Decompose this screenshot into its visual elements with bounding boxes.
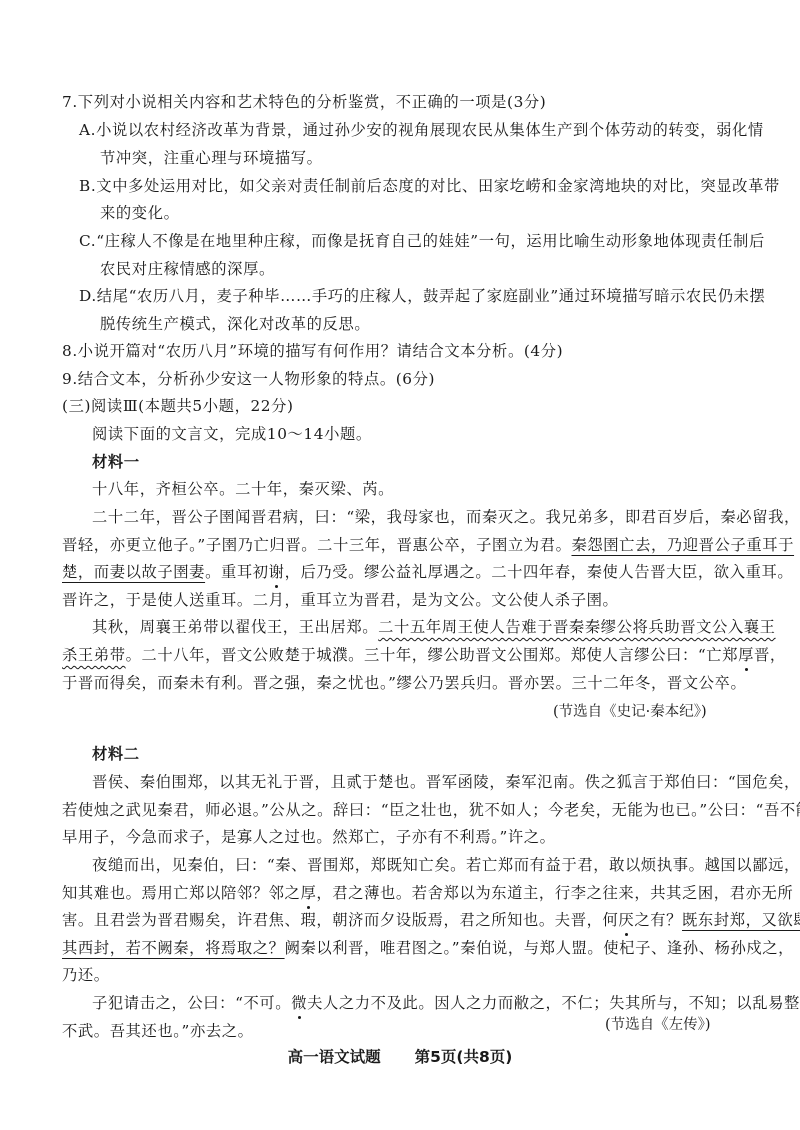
- material-2-para-1-line-2: 若使烛之武见秦君，师必退。”公从之。辞曰：“臣之壮也，犹不如人；今老矣，无能为也…: [62, 800, 800, 820]
- underlined-translation-sentence: 楚，而妻以故子圉妻: [62, 563, 205, 581]
- material-2-para-1-line-3: 早用子，今急而求子，是寡人之过也。然郑亡，子亦有不利焉。”许之。: [62, 827, 556, 847]
- plain-text: 晋，: [754, 646, 786, 664]
- material-1-source: (节选自《史记·秦本纪》): [553, 700, 707, 721]
- material-2-source: (节选自《左传》): [605, 1013, 711, 1034]
- plain-text: ，君之薄也。若舍郑以为东道主，行李之往来，共其乏困，君亦无所: [316, 884, 793, 902]
- section-3-heading: (三)阅读Ⅲ(本题共5小题，22分): [62, 396, 294, 416]
- q7-option-b: B.文中多处运用对比，如父亲对责任制前后态度的对比、田家圪崂和金家湾地块的对比，…: [79, 176, 780, 196]
- page-footer: 高一语文试题第5页(共8页): [0, 1045, 800, 1067]
- exam-page: 7.下列对小说相关内容和艺术特色的分析鉴赏，不正确的一项是(3分) A.小说以农…: [0, 0, 800, 1130]
- plain-text: ，后乃受。缪公益礼厚遇之。二十四年春，秦使人告晋大臣，欲入重耳。: [285, 563, 794, 581]
- plain-text: 知其难也。焉用亡郑以陪邻？邻之: [62, 884, 300, 902]
- plain-text: 阙秦以利晋，唯君图之。”秦伯说，与郑人盟。使杞子、逢孙、杨孙戍之，: [285, 939, 794, 957]
- plain-text: 晋轻，亦更立他子。”子圉乃亡归晋。二十三年，晋惠公卒，子圉立为君。: [62, 536, 571, 554]
- material-2-para-3-line-2: 不武。吾其还也。”亦去之。: [62, 1021, 254, 1041]
- material-1-para-3-line-1: 其秋，周襄王弟带以翟伐王，王出居郑。二十五年周王使人告难于晋秦秦缪公将兵助晋文公…: [92, 617, 776, 637]
- underlined-translation-sentence: 既东封郑，又欲肆: [682, 911, 800, 929]
- material-1-para-2-line-4: 晋许之，于是使人送重耳。二月，重耳立为晋君，是为文公。文公使人杀子圉。: [62, 590, 618, 610]
- q7-option-a: A.小说以农村经济改革为背景，通过孙少安的视角展现农民从集体生产到个体劳动的转变…: [79, 120, 764, 140]
- material-2-para-1-line-1: 晋侯、秦伯围郑，以其无礼于晋，且贰于楚也。晋军函陵，秦军氾南。佚之狐言于郑伯曰：…: [92, 772, 800, 792]
- footer-page-number: 第5页(共8页): [415, 1048, 513, 1066]
- wavy-underlined-sentence: 二十五年周王使人告难于晋秦秦缪公将兵助晋文公入襄王: [378, 618, 775, 636]
- dotted-character: 厌: [618, 910, 634, 930]
- material-1-title: 材料一: [92, 452, 140, 472]
- wavy-underlined-sentence: 杀王弟带: [62, 646, 126, 664]
- plain-text: 其秋，周襄王弟带以翟伐王，王出居郑。: [92, 618, 378, 636]
- question-7-stem: 7.下列对小说相关内容和艺术特色的分析鉴赏，不正确的一项是(3分): [62, 92, 546, 112]
- plain-text: 子犯请击之，公曰：“不可。: [92, 994, 291, 1012]
- material-2-para-3-line-1: 子犯请击之，公曰：“不可。微夫人之力不及此。因人之力而敝之，不仁；失其所与，不知…: [92, 993, 800, 1013]
- question-8: 8.小说开篇对“农历八月”环境的描写有何作用？请结合文本分析。(4分): [62, 341, 563, 361]
- footer-subject: 高一语文试题: [288, 1048, 381, 1066]
- material-1-para-3-line-2: 杀王弟带。二十八年，晋文公败楚于城濮。三十年，缪公助晋文公围郑。郑使人言缪公曰：…: [62, 645, 786, 665]
- material-2-para-2-line-1: 夜缒而出，见秦伯，曰：“秦、晋围郑，郑既知亡矣。若亡郑而有益于君，敢以烦执事。越…: [92, 855, 800, 875]
- material-2-para-2-line-3: 害。且君尝为晋君赐矣，许君焦、瑕，朝济而夕设版焉，君之所知也。夫晋，何厌之有？既…: [62, 910, 800, 930]
- q7-option-a-cont: 节冲突，注重心理与环境描写。: [100, 148, 323, 168]
- question-9: 9.结合文本，分析孙少安这一人物形象的特点。(6分): [62, 369, 435, 389]
- underlined-translation-sentence: 秦怨圉亡去，乃迎晋公子重耳于: [571, 536, 794, 554]
- plain-text: 。重耳初: [205, 563, 269, 581]
- section-3-instruction: 阅读下面的文言文，完成10～14小题。: [92, 424, 372, 444]
- material-1-para-2-line-3: 楚，而妻以故子圉妻。重耳初谢，后乃受。缪公益礼厚遇之。二十四年春，秦使人告晋大臣…: [62, 562, 793, 582]
- dotted-character: 微: [291, 993, 307, 1013]
- dotted-character: 谢: [269, 562, 285, 582]
- dotted-character: 厚: [300, 883, 316, 903]
- q7-option-d-cont: 脱传统生产模式，深化对改革的反思。: [100, 314, 370, 334]
- material-1-para-1: 十八年，齐桓公卒。二十年，秦灭梁、芮。: [92, 479, 394, 499]
- material-1-para-2-line-2: 晋轻，亦更立他子。”子圉乃亡归晋。二十三年，晋惠公卒，子圉立为君。秦怨圉亡去，乃…: [62, 535, 794, 555]
- plain-text: 之有？: [634, 911, 682, 929]
- material-2-para-2-line-2: 知其难也。焉用亡郑以陪邻？邻之厚，君之薄也。若舍郑以为东道主，行李之往来，共其乏…: [62, 883, 793, 903]
- material-2-para-2-line-5: 乃还。: [62, 965, 110, 985]
- plain-text: 夫人之力不及此。因人之力而敝之，不仁；失其所与，不知；以乱易整，: [307, 994, 800, 1012]
- q7-option-c: C.“庄稼人不像是在地里种庄稼，而像是抚育自己的娃娃”一句，运用比喻生动形象地体…: [79, 231, 765, 251]
- material-2-para-2-line-4: 其西封，若不阙秦，将焉取之？阙秦以利晋，唯君图之。”秦伯说，与郑人盟。使杞子、逢…: [62, 938, 794, 958]
- q7-option-d: D.结尾“农历八月，麦子种毕……手巧的庄稼人，鼓弄起了家庭副业”通过环境描写暗示…: [79, 286, 765, 306]
- material-1-para-3-line-3: 于晋而得矣，而秦未有利。晋之强，秦之忧也。”缪公乃罢兵归。晋亦罢。三十二年冬，晋…: [62, 673, 746, 693]
- dotted-character: 厚: [738, 645, 754, 665]
- q7-option-c-cont: 农民对庄稼情感的深厚。: [100, 259, 275, 279]
- q7-option-b-cont: 来的变化。: [100, 203, 180, 223]
- plain-text: 害。且君尝为晋君赐矣，许君焦、瑕，朝济而夕设版焉，君之所知也。夫晋，何: [62, 911, 618, 929]
- material-1-para-2-line-1: 二十二年，晋公子圉闻晋君病，曰：“梁，我母家也，而秦灭之。我兄弟多，即君百岁后，…: [92, 507, 800, 527]
- material-2-title: 材料二: [92, 744, 140, 764]
- plain-text: 。二十八年，晋文公败楚于城濮。三十年，缪公助晋文公围郑。郑使人言缪公曰：“亡郑: [126, 646, 739, 664]
- underlined-translation-sentence: 其西封，若不阙秦，将焉取之？: [62, 939, 285, 957]
